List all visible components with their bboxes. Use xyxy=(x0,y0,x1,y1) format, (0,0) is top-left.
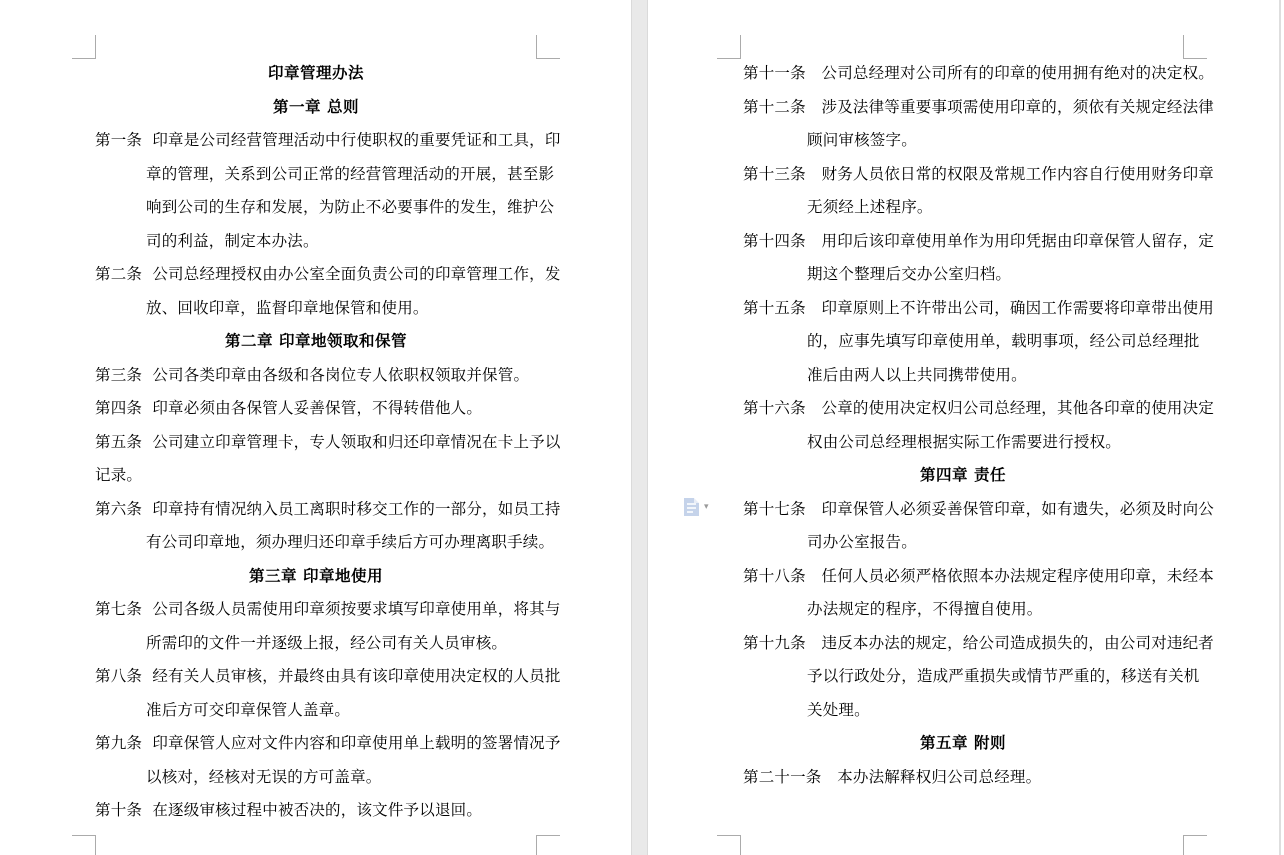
crop-mark-top-right xyxy=(536,35,560,59)
document-line: 权由公司总经理根据实际工作需要进行授权。 xyxy=(648,426,1284,460)
crop-mark-top-left xyxy=(72,35,96,59)
document-line: 第九条 印章保管人应对文件内容和印章使用单上载明的签署情况予 xyxy=(0,727,631,761)
page-1: 印章管理办法第一章 总则第一条 印章是公司经营管理活动中行使职权的重要凭证和工具… xyxy=(0,0,631,855)
page-2-text: 第十一条 公司总经理对公司所有的印章的使用拥有绝对的决定权。第十二条 涉及法律等… xyxy=(648,57,1284,794)
document-line: 第四条 印章必须由各保管人妥善保管，不得转借他人。 xyxy=(0,392,631,426)
document-line: 以核对，经核对无误的方可盖章。 xyxy=(0,761,631,795)
crop-mark-bottom-right xyxy=(536,835,560,855)
document-line: 第六条 印章持有情况纳入员工离职时移交工作的一部分，如员工持 xyxy=(0,493,631,527)
crop-mark-bottom-left xyxy=(72,835,96,855)
document-line: 顾问审核签字。 xyxy=(648,124,1284,158)
page-2: ▾ 第十一条 公司总经理对公司所有的印章的使用拥有绝对的决定权。第十二条 涉及法… xyxy=(648,0,1284,855)
document-line: 第十七条 印章保管人必须妥善保管印章，如有遗失，必须及时向公 xyxy=(648,493,1284,527)
document-line: 第二条 公司总经理授权由办公室全面负责公司的印章管理工作，发 xyxy=(0,258,631,292)
document-line: 准后由两人以上共同携带使用。 xyxy=(648,359,1284,393)
crop-mark-top-right xyxy=(1183,35,1207,59)
chapter-heading: 第三章 印章地使用 xyxy=(95,560,537,594)
document-line: 放、回收印章，监督印章地保管和使用。 xyxy=(0,292,631,326)
document-line: 所需印的文件一并逐级上报，经公司有关人员审核。 xyxy=(0,627,631,661)
document-line: 第十四条 用印后该印章使用单作为用印凭据由印章保管人留存，定 xyxy=(648,225,1284,259)
document-line: 第三条 公司各类印章由各级和各岗位专人依职权领取并保管。 xyxy=(0,359,631,393)
document-line: 第十六条 公章的使用决定权归公司总经理，其他各印章的使用决定 xyxy=(648,392,1284,426)
document-line: 第八条 经有关人员审核，并最终由具有该印章使用决定权的人员批 xyxy=(0,660,631,694)
crop-mark-top-left xyxy=(717,35,741,59)
document-line: 第二十一条 本办法解释权归公司总经理。 xyxy=(648,761,1284,795)
document-line: 司办公室报告。 xyxy=(648,526,1284,560)
document-line: 第十五条 印章原则上不许带出公司，确因工作需要将印章带出使用 xyxy=(648,292,1284,326)
page-right-edge xyxy=(1279,0,1281,855)
document-line: 办法规定的程序，不得擅自使用。 xyxy=(648,593,1284,627)
document-line: 第十三条 财务人员依日常的权限及常规工作内容自行使用财务印章 xyxy=(648,158,1284,192)
document-line: 准后方可交印章保管人盖章。 xyxy=(0,694,631,728)
document-line: 予以行政处分，造成严重损失或情节严重的，移送有关机 xyxy=(648,660,1284,694)
document-line: 第十一条 公司总经理对公司所有的印章的使用拥有绝对的决定权。 xyxy=(648,57,1284,91)
chapter-heading: 第二章 印章地领取和保管 xyxy=(95,325,537,359)
document-line: 第十条 在逐级审核过程中被否决的，该文件予以退回。 xyxy=(0,794,631,828)
document-line: 有公司印章地，须办理归还印章手续后方可办理离职手续。 xyxy=(0,526,631,560)
document-line: 第十九条 违反本办法的规定，给公司造成损失的，由公司对违纪者 xyxy=(648,627,1284,661)
document-line: 第十二条 涉及法律等重要事项需使用印章的，须依有关规定经法律 xyxy=(648,91,1284,125)
document-line: 记录。 xyxy=(0,459,631,493)
document-line: 期这个整理后交办公室归档。 xyxy=(648,258,1284,292)
chapter-heading: 第五章 附则 xyxy=(740,727,1186,761)
document-line: 第十八条 任何人员必须严格依照本办法规定程序使用印章，未经本 xyxy=(648,560,1284,594)
chapter-heading: 第一章 总则 xyxy=(95,91,537,125)
document-line: 章的管理，关系到公司正常的经营管理活动的开展，甚至影 xyxy=(0,158,631,192)
document-line: 关处理。 xyxy=(648,694,1284,728)
document-view: 印章管理办法第一章 总则第一条 印章是公司经营管理活动中行使职权的重要凭证和工具… xyxy=(0,0,1284,855)
document-line: 响到公司的生存和发展，为防止不必要事件的发生，维护公 xyxy=(0,191,631,225)
document-line: 司的利益，制定本办法。 xyxy=(0,225,631,259)
chapter-heading: 第四章 责任 xyxy=(740,459,1186,493)
crop-mark-bottom-left xyxy=(717,835,741,855)
document-line: 第五条 公司建立印章管理卡，专人领取和归还印章情况在卡上予以 xyxy=(0,426,631,460)
document-line: 的，应事先填写印章使用单，载明事项，经公司总经理批 xyxy=(648,325,1284,359)
document-line: 第七条 公司各级人员需使用印章须按要求填写印章使用单，将其与 xyxy=(0,593,631,627)
page-gap xyxy=(631,0,648,855)
document-title: 印章管理办法 xyxy=(95,57,537,91)
page-1-text: 印章管理办法第一章 总则第一条 印章是公司经营管理活动中行使职权的重要凭证和工具… xyxy=(0,57,631,828)
document-line: 第一条 印章是公司经营管理活动中行使职权的重要凭证和工具，印 xyxy=(0,124,631,158)
crop-mark-bottom-right xyxy=(1183,835,1207,855)
document-line: 无须经上述程序。 xyxy=(648,191,1284,225)
